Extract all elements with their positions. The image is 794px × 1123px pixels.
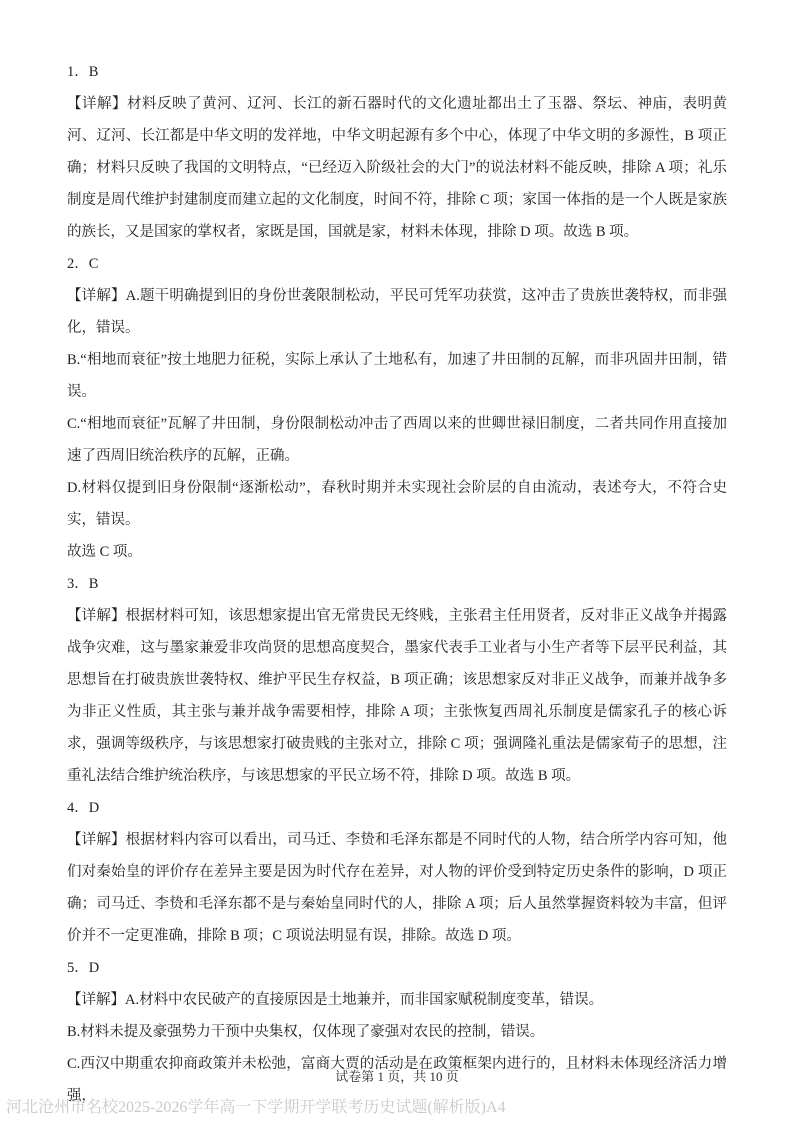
explanation-paragraph: 【详解】A.题干明确提到旧的身份世袭限制松动，平民可凭军功获赏，这冲击了贵族世袭… — [67, 280, 727, 344]
answer-number: 3．B — [67, 568, 727, 600]
explanation-paragraph: 【详解】材料反映了黄河、辽河、长江的新石器时代的文化遗址都出土了玉器、祭坛、神庙… — [67, 88, 727, 248]
explanation-paragraph: 【详解】根据材料内容可以看出，司马迁、李贽和毛泽东都是不同时代的人物，结合所学内… — [67, 824, 727, 952]
document-page: 1．B【详解】材料反映了黄河、辽河、长江的新石器时代的文化遗址都出土了玉器、祭坛… — [0, 0, 794, 1123]
answer-number: 2．C — [67, 248, 727, 280]
explanation-paragraph: B.“相地而衰征”按土地肥力征税，实际上承认了土地私有，加速了井田制的瓦解，而非… — [67, 344, 727, 408]
explanation-paragraph: 【详解】根据材料可知，该思想家提出官无常贵民无终贱，主张君主任用贤者，反对非正义… — [67, 600, 727, 792]
answer-number: 4．D — [67, 792, 727, 824]
explanation-paragraph: 故选 C 项。 — [67, 536, 727, 568]
page-footer: 试卷第 1 页，共 10 页 — [0, 1066, 794, 1085]
explanation-paragraph: 【详解】A.材料中农民破产的直接原因是土地兼并，而非国家赋税制度变革，错误。 — [67, 984, 727, 1016]
explanation-paragraph: D.材料仅提到旧身份限制“逐渐松动”，春秋时期并未实现社会阶层的自由流动，表述夸… — [67, 472, 727, 536]
watermark-text: 河北沧州市名校2025-2026学年高一下学期开学联考历史试题(解析版)A4 — [6, 1094, 506, 1117]
explanation-paragraph: B.材料未提及豪强势力干预中央集权，仅体现了豪强对农民的控制，错误。 — [67, 1016, 727, 1048]
answer-list: 1．B【详解】材料反映了黄河、辽河、长江的新石器时代的文化遗址都出土了玉器、祭坛… — [67, 56, 727, 1112]
answer-number: 5．D — [67, 952, 727, 984]
answer-number: 1．B — [67, 56, 727, 88]
explanation-paragraph: C.“相地而衰征”瓦解了井田制，身份限制松动冲击了西周以来的世卿世禄旧制度，二者… — [67, 408, 727, 472]
